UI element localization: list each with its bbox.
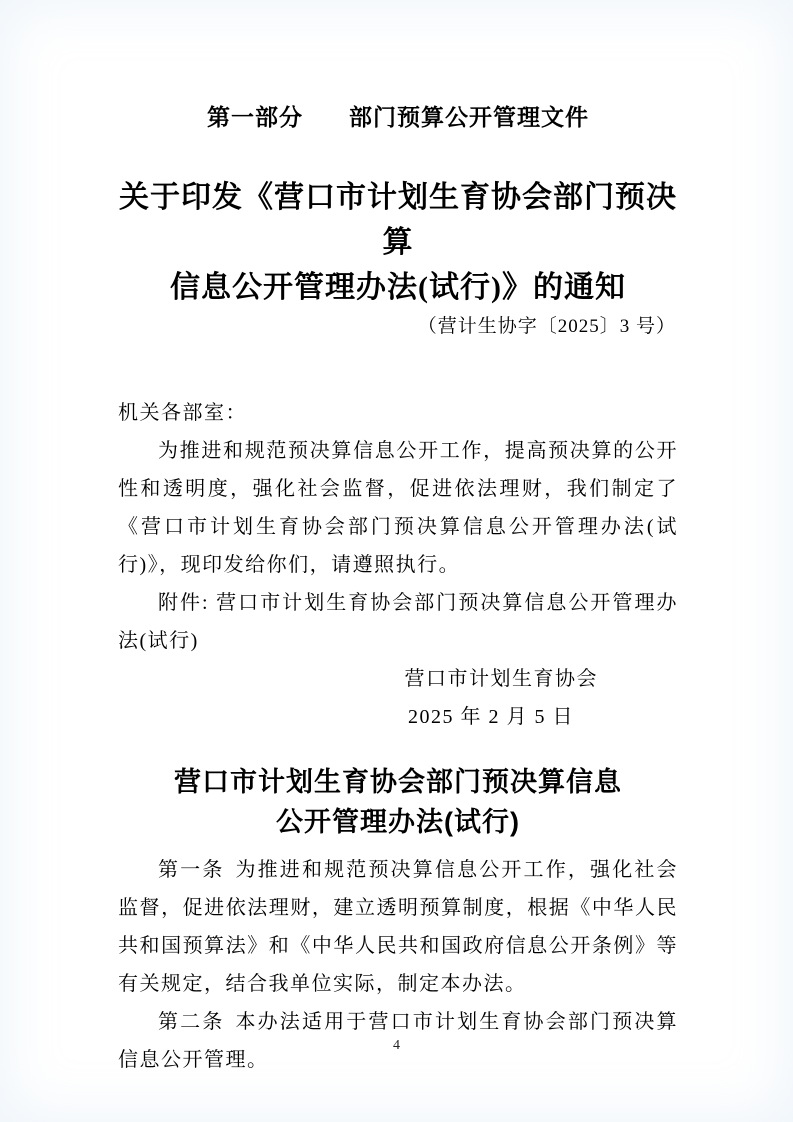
notice-title-line-2: 信息公开管理办法(试行)》的通知 — [118, 265, 678, 310]
article-2-term: 第二条 — [158, 1011, 224, 1033]
part-heading-label: 第一部分 — [207, 104, 303, 130]
part-heading: 第一部分部门预算公开管理文件 — [118, 101, 678, 133]
document-content: 第一部分部门预算公开管理文件 关于印发《营口市计划生育协会部门预决算 信息公开管… — [118, 0, 678, 1079]
measures-title-line-1: 营口市计划生育协会部门预决算信息 — [118, 762, 678, 802]
measures-title: 营口市计划生育协会部门预决算信息 公开管理办法(试行) — [118, 762, 678, 842]
signature-date: 2025 年 2 月 5 日 — [118, 698, 678, 736]
notice-title-line-1: 关于印发《营口市计划生育协会部门预决算 — [118, 175, 678, 265]
measures-title-line-2: 公开管理办法(试行) — [118, 802, 678, 842]
article-1: 第一条为推进和规范预决算信息公开工作，强化社会监督，促进依法理财，建立透明预算制… — [118, 851, 678, 1003]
notice-body-paragraph: 为推进和规范预决算信息公开工作，提高预决算的公开性和透明度，强化社会监督，促进依… — [118, 432, 678, 584]
salutation: 机关各部室： — [118, 394, 678, 432]
article-1-term: 第一条 — [158, 859, 224, 881]
signer-name: 营口市计划生育协会 — [118, 660, 678, 698]
page-number: 4 — [0, 1038, 793, 1054]
notice-title: 关于印发《营口市计划生育协会部门预决算 信息公开管理办法(试行)》的通知 — [118, 175, 678, 310]
part-heading-title: 部门预算公开管理文件 — [349, 104, 589, 130]
attachment-line: 附件: 营口市计划生育协会部门预决算信息公开管理办法(试行) — [118, 584, 678, 660]
doc-number: （营计生协字〔2025〕3 号） — [118, 314, 678, 340]
document-page: 第一部分部门预算公开管理文件 关于印发《营口市计划生育协会部门预决算 信息公开管… — [0, 0, 793, 1122]
